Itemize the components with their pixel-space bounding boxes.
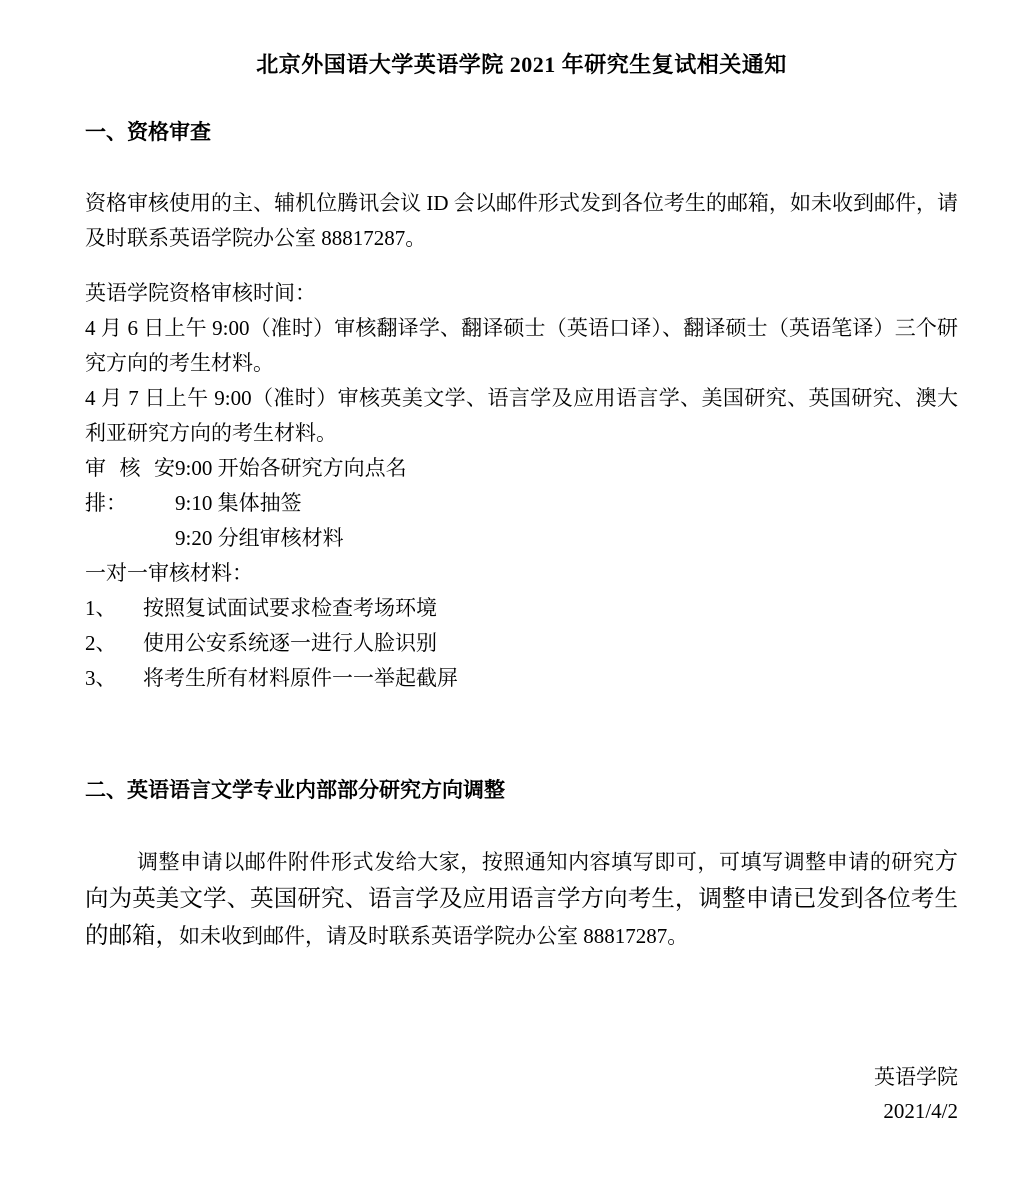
document-title: 北京外国语大学英语学院 2021 年研究生复试相关通知 xyxy=(85,50,958,80)
notice-page: 北京外国语大学英语学院 2021 年研究生复试相关通知 一、资格审查 资格审核使… xyxy=(0,0,1024,1179)
schedule-label: 审核安排： xyxy=(85,451,175,556)
schedule-items: 9:00 开始各研究方向点名 9:10 集体抽签 9:20 分组审核材料 xyxy=(175,451,958,556)
checklist-text: 按照复试面试要求检查考场环境 xyxy=(143,591,437,626)
section1-paragraph: 资格审核使用的主、辅机位腾讯会议 ID 会以邮件形式发到各位考生的邮箱，如未收到… xyxy=(85,186,958,256)
signature-date: 2021/4/2 xyxy=(85,1094,958,1128)
signature-block: 英语学院 2021/4/2 xyxy=(85,1060,958,1128)
one-on-one-label: 一对一审核材料： xyxy=(85,556,958,591)
april6-review-line: 4 月 6 日上午 9:00（准时）审核翻译学、翻译硕士（英语口译）、翻译硕士（… xyxy=(85,311,958,381)
schedule-item-roll-call: 9:00 开始各研究方向点名 xyxy=(175,451,958,486)
checklist-item: 2、 使用公安系统逐一进行人脸识别 xyxy=(85,626,958,661)
checklist-number: 3、 xyxy=(85,661,143,696)
schedule-times: 审核安排： 9:00 开始各研究方向点名 9:10 集体抽签 9:20 分组审核… xyxy=(85,451,958,556)
checklist-item: 1、 按照复试面试要求检查考场环境 xyxy=(85,591,958,626)
para2-run-normal-1: 调整申请以邮件附件形式发给大家，按照通知内容填写即可，可填写调整申请的研究 xyxy=(137,850,935,874)
checklist-item: 3、 将考生所有材料原件一一举起截屏 xyxy=(85,661,958,696)
section2-paragraph: 调整申请以邮件附件形式发给大家，按照通知内容填写即可，可填写调整申请的研究方向为… xyxy=(85,844,958,955)
signature-org: 英语学院 xyxy=(85,1060,958,1094)
schedule-item-group-review: 9:20 分组审核材料 xyxy=(175,521,958,556)
schedule-item-lottery: 9:10 集体抽签 xyxy=(175,486,958,521)
schedule-title: 英语学院资格审核时间： xyxy=(85,276,958,311)
para2-run-normal-2: 如未收到邮件，请及时联系英语学院办公室 88817287。 xyxy=(179,924,688,948)
checklist-number: 2、 xyxy=(85,626,143,661)
april7-review-line: 4 月 7 日上午 9:00（准时）审核英美文学、语言学及应用语言学、美国研究、… xyxy=(85,381,958,451)
checklist-text: 将考生所有材料原件一一举起截屏 xyxy=(143,661,458,696)
checklist-number: 1、 xyxy=(85,591,143,626)
review-schedule-block: 英语学院资格审核时间： 4 月 6 日上午 9:00（准时）审核翻译学、翻译硕士… xyxy=(85,276,958,696)
section1-heading: 一、资格审查 xyxy=(85,118,958,146)
checklist-text: 使用公安系统逐一进行人脸识别 xyxy=(143,626,437,661)
section2-heading: 二、英语语言文学专业内部部分研究方向调整 xyxy=(85,776,958,804)
